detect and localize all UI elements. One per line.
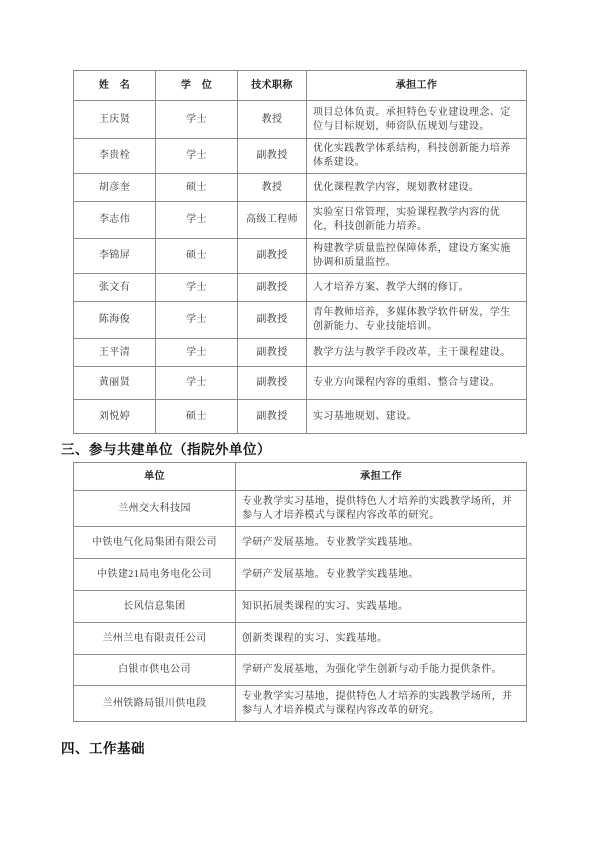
- section-heading-participating-units: 三、参与共建单位（指院外单位）: [61, 438, 271, 458]
- staff-degree: 学士: [156, 202, 238, 239]
- staff-table: 姓 名 学 位 技术职称 承担工作 王庆贤 学士 教授 项目总体负责。承担特色专…: [73, 70, 527, 434]
- col-header-degree: 学 位: [156, 71, 238, 101]
- table-row: 王庆贤 学士 教授 项目总体负责。承担特色专业建设理念、定位与目标规划，师资队伍…: [74, 101, 527, 139]
- staff-title: 副教授: [238, 367, 307, 400]
- staff-title: 教授: [238, 174, 307, 202]
- staff-degree: 学士: [156, 302, 238, 339]
- staff-title: 副教授: [238, 400, 307, 434]
- table-row: 胡彦奎 硕士 教授 优化课程教学内容，规划教材建设。: [74, 174, 527, 202]
- col-header-name: 姓 名: [74, 71, 156, 101]
- partner-unit: 兰州铁路局银川供电段: [74, 686, 236, 722]
- partner-unit: 长风信息集团: [74, 591, 236, 623]
- staff-work: 人才培养方案、教学大纲的修订。: [307, 274, 527, 302]
- staff-name: 李贵栓: [74, 139, 156, 174]
- table-row: 王平清 学士 副教授 教学方法与教学手段改革，主干课程建设。: [74, 339, 527, 367]
- table-row: 兰州兰电有限责任公司 创新类课程的实习、实践基地。: [74, 623, 527, 655]
- staff-work: 青年教师培养，多媒体教学软件研发，学生创新能力、专业技能培训。: [307, 302, 527, 339]
- table-row: 白银市供电公司 学研产发展基地，为强化学生创新与动手能力提供条件。: [74, 655, 527, 686]
- table-row: 兰州交大科技园 专业教学实习基地，提供特色人才培养的实践教学场所，并参与人才培养…: [74, 491, 527, 527]
- partner-work: 创新类课程的实习、实践基地。: [236, 623, 527, 655]
- table-row: 李锦屏 硕士 副教授 构建教学质量监控保障体系，建设方案实施协调和质量监控。: [74, 239, 527, 274]
- table-row: 兰州铁路局银川供电段 专业教学实习基地，提供特色人才培养的实践教学场所，并参与人…: [74, 686, 527, 722]
- staff-name: 王平清: [74, 339, 156, 367]
- partner-units-table: 单位 承担工作 兰州交大科技园 专业教学实习基地，提供特色人才培养的实践教学场所…: [73, 462, 527, 722]
- staff-title: 高级工程师: [238, 202, 307, 239]
- staff-name: 黄丽贤: [74, 367, 156, 400]
- table-row: 中铁建21局电务电化公司 学研产发展基地。专业教学实践基地。: [74, 559, 527, 591]
- staff-work: 构建教学质量监控保障体系，建设方案实施协调和质量监控。: [307, 239, 527, 274]
- table-row: 陈海俊 学士 副教授 青年教师培养，多媒体教学软件研发，学生创新能力、专业技能培…: [74, 302, 527, 339]
- staff-title: 副教授: [238, 139, 307, 174]
- staff-title: 副教授: [238, 302, 307, 339]
- staff-degree: 学士: [156, 339, 238, 367]
- partner-work: 学研产发展基地。专业教学实践基地。: [236, 527, 527, 559]
- document-page: 姓 名 学 位 技术职称 承担工作 王庆贤 学士 教授 项目总体负责。承担特色专…: [0, 0, 600, 848]
- table-row: 长风信息集团 知识拓展类课程的实习、实践基地。: [74, 591, 527, 623]
- staff-work: 专业方向课程内容的重组、整合与建设。: [307, 367, 527, 400]
- staff-title: 副教授: [238, 239, 307, 274]
- staff-work: 项目总体负责。承担特色专业建设理念、定位与目标规划，师资队伍规划与建设。: [307, 101, 527, 139]
- table-row: 李贵栓 学士 副教授 优化实践教学体系结构，科技创新能力培养体系建设。: [74, 139, 527, 174]
- staff-name: 胡彦奎: [74, 174, 156, 202]
- staff-degree: 硕士: [156, 174, 238, 202]
- staff-work: 实验室日常管理，实验课程教学内容的优化，科技创新能力培养。: [307, 202, 527, 239]
- staff-name: 刘悦婷: [74, 400, 156, 434]
- staff-work: 教学方法与教学手段改革，主干课程建设。: [307, 339, 527, 367]
- partner-unit: 中铁电气化局集团有限公司: [74, 527, 236, 559]
- staff-degree: 学士: [156, 139, 238, 174]
- staff-name: 王庆贤: [74, 101, 156, 139]
- col-header-work: 承担工作: [236, 463, 527, 491]
- table-row: 张文有 学士 副教授 人才培养方案、教学大纲的修订。: [74, 274, 527, 302]
- partner-work: 专业教学实习基地，提供特色人才培养的实践教学场所，并参与人才培养模式与课程内容改…: [236, 686, 527, 722]
- table-row: 黄丽贤 学士 副教授 专业方向课程内容的重组、整合与建设。: [74, 367, 527, 400]
- staff-table-header-row: 姓 名 学 位 技术职称 承担工作: [74, 71, 527, 101]
- staff-degree: 硕士: [156, 400, 238, 434]
- staff-work: 实习基地规划、建设。: [307, 400, 527, 434]
- staff-degree: 硕士: [156, 239, 238, 274]
- staff-title: 副教授: [238, 274, 307, 302]
- partner-unit: 兰州交大科技园: [74, 491, 236, 527]
- staff-degree: 学士: [156, 367, 238, 400]
- staff-name: 李锦屏: [74, 239, 156, 274]
- staff-title: 教授: [238, 101, 307, 139]
- staff-title: 副教授: [238, 339, 307, 367]
- section-heading-work-foundation: 四、工作基础: [61, 737, 145, 757]
- partner-work: 专业教学实习基地，提供特色人才培养的实践教学场所，并参与人才培养模式与课程内容改…: [236, 491, 527, 527]
- staff-degree: 学士: [156, 101, 238, 139]
- partner-table-header-row: 单位 承担工作: [74, 463, 527, 491]
- col-header-title: 技术职称: [238, 71, 307, 101]
- staff-name: 李志伟: [74, 202, 156, 239]
- partner-work: 学研产发展基地。专业教学实践基地。: [236, 559, 527, 591]
- partner-unit: 兰州兰电有限责任公司: [74, 623, 236, 655]
- staff-work: 优化课程教学内容，规划教材建设。: [307, 174, 527, 202]
- partner-unit: 白银市供电公司: [74, 655, 236, 686]
- partner-work: 知识拓展类课程的实习、实践基地。: [236, 591, 527, 623]
- table-row: 李志伟 学士 高级工程师 实验室日常管理，实验课程教学内容的优化，科技创新能力培…: [74, 202, 527, 239]
- staff-work: 优化实践教学体系结构，科技创新能力培养体系建设。: [307, 139, 527, 174]
- partner-unit: 中铁建21局电务电化公司: [74, 559, 236, 591]
- col-header-unit: 单位: [74, 463, 236, 491]
- staff-degree: 学士: [156, 274, 238, 302]
- table-row: 刘悦婷 硕士 副教授 实习基地规划、建设。: [74, 400, 527, 434]
- staff-name: 陈海俊: [74, 302, 156, 339]
- col-header-work: 承担工作: [307, 71, 527, 101]
- partner-work: 学研产发展基地，为强化学生创新与动手能力提供条件。: [236, 655, 527, 686]
- staff-name: 张文有: [74, 274, 156, 302]
- table-row: 中铁电气化局集团有限公司 学研产发展基地。专业教学实践基地。: [74, 527, 527, 559]
